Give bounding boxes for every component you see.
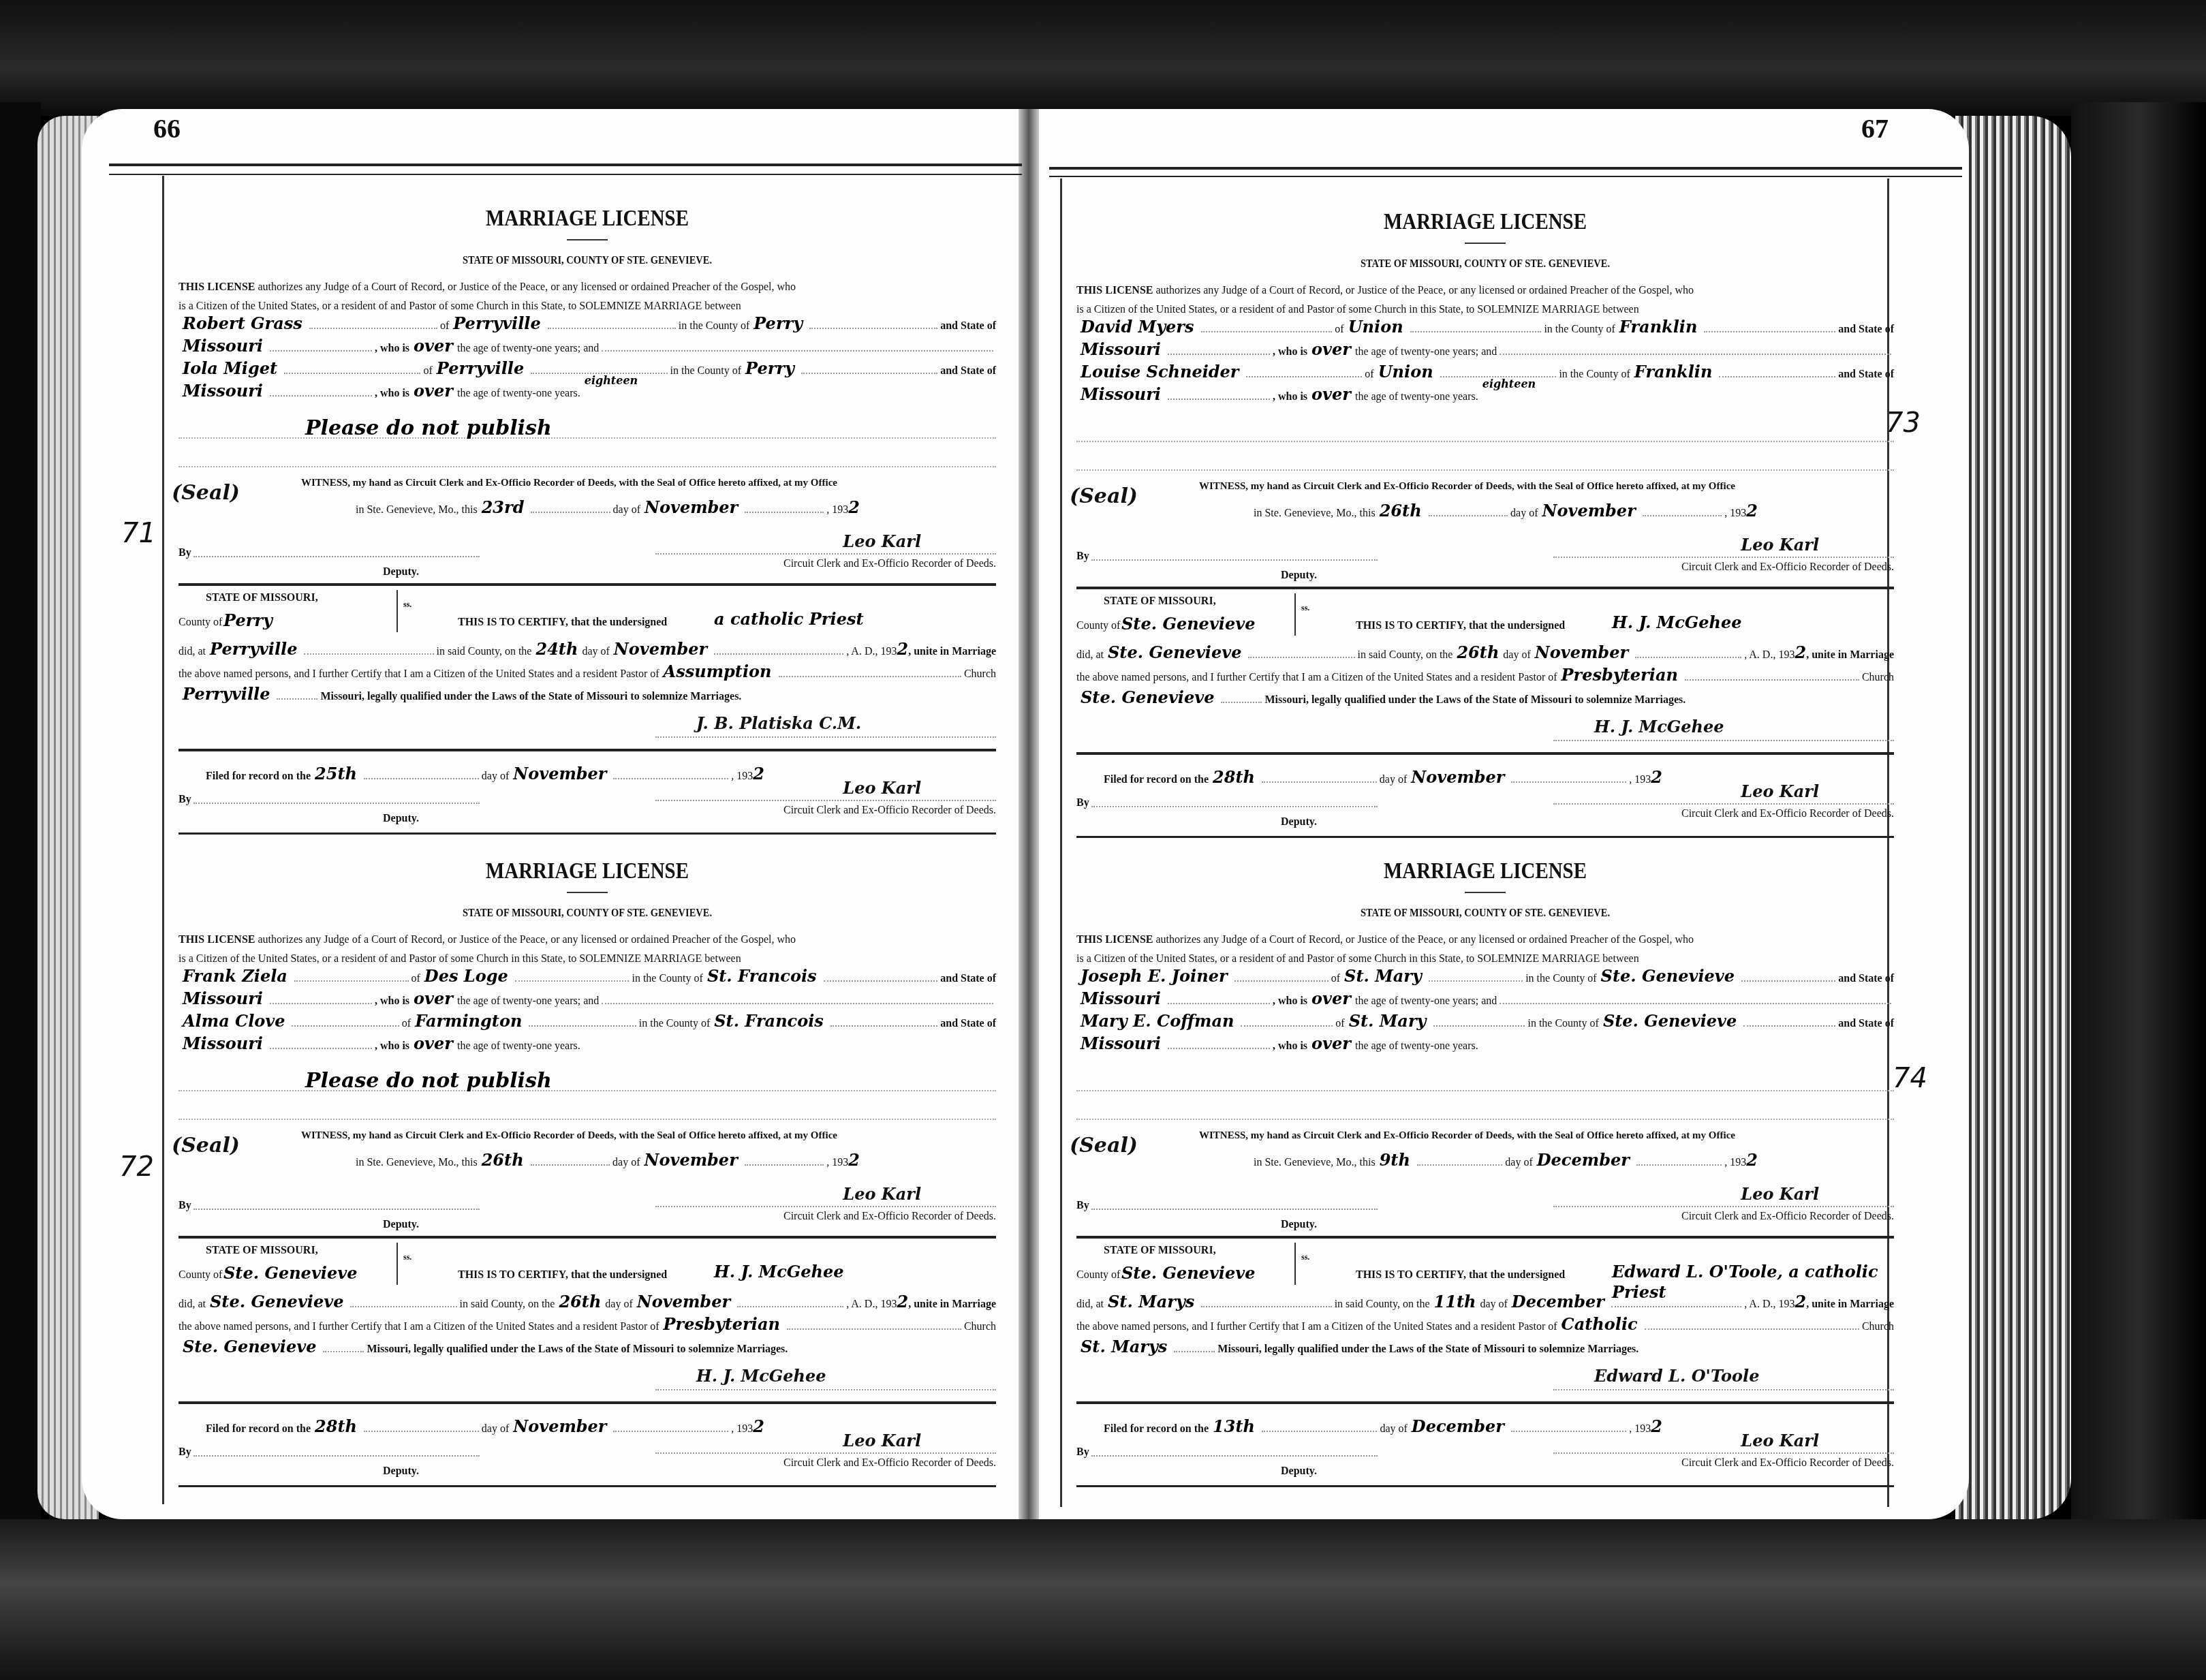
filed-month: November [1407, 767, 1508, 788]
certificate-county: Ste. Genevieve [1117, 614, 1259, 634]
clerk-title: Circuit Clerk and Ex-Officio Recorder of… [783, 557, 996, 571]
bride-state: Missouri [178, 381, 267, 401]
label-ss: ss. [1301, 1252, 1309, 1262]
qualified-text: Missouri, legally qualified under the La… [1264, 694, 1685, 707]
ceremony-place: Ste. Genevieve [1104, 642, 1245, 663]
label-state: and State of [940, 972, 996, 986]
label-who-is: , who is [375, 387, 409, 401]
label-by: By [1076, 550, 1089, 563]
groom-age-status: over [1307, 989, 1355, 1009]
clerk-signature: Leo Karl [1741, 1184, 1819, 1204]
pastor-row: the above named persons, and I further C… [178, 662, 996, 684]
groom-state: Missouri [178, 336, 267, 356]
clerk-title: Circuit Clerk and Ex-Officio Recorder of… [1681, 1210, 1894, 1224]
margin-line-right-inner [1060, 178, 1062, 1507]
label-of: of [1331, 972, 1340, 986]
header-rule-right-2 [1049, 176, 1962, 177]
label-in-ste-gen: in Ste. Genevieve, Mo., this [356, 503, 478, 517]
groom-age-status: over [1307, 339, 1355, 360]
issued-day: 26th [478, 1150, 528, 1170]
filed-year-digit: 2 [1651, 767, 1662, 788]
issued-year-digit: 2 [1746, 1150, 1758, 1170]
seal-mark: (Seal) [172, 480, 240, 506]
label-year: , 193 [731, 1422, 753, 1436]
groom-name: Robert Grass [178, 313, 307, 334]
bride-state-row: Missouri , who is over the age of twenty… [1076, 384, 1894, 407]
ceremony-place: Perryville [206, 639, 301, 659]
filed-sign-block: By Deputy. Leo Karl Circuit Clerk and Ex… [1076, 790, 1894, 830]
filed-clerk-signature: Leo Karl [843, 778, 921, 798]
qualified-row: Ste. Genevieve Missouri, legally qualifi… [1076, 687, 1894, 710]
groom-row: Robert Grass of Perryville in the County… [178, 313, 996, 336]
label-county: in the County of [1525, 972, 1596, 986]
filed-day: 13th [1209, 1416, 1259, 1437]
label-state: and State of [1838, 323, 1894, 337]
officiant: Edward L. O'Toole, a catholic Priest [1608, 1262, 1894, 1303]
header-rule-right [1049, 167, 1962, 170]
label-ad-year: , A. D., 193 [846, 645, 897, 659]
label-by: By [1076, 796, 1089, 810]
clerk-title: Circuit Clerk and Ex-Officio Recorder of… [783, 1210, 996, 1224]
filed-row: Filed for record on the 25th day of Nove… [178, 764, 764, 786]
bride-name: Alma Clove [178, 1011, 289, 1031]
ceremony-year-digit: 2 [897, 1292, 908, 1312]
label-of: of [1365, 368, 1373, 382]
witness-block: (Seal) WITNESS, my hand as Circuit Clerk… [178, 1130, 996, 1192]
ceremony-day: 26th [555, 1292, 605, 1312]
filed-sign-block: By Deputy. Leo Karl Circuit Clerk and Ex… [178, 786, 996, 827]
bride-residence: St. Mary [1345, 1011, 1431, 1031]
note-line: Please do not publish [178, 403, 996, 439]
label-year: , 193 [1629, 1422, 1651, 1436]
witness-date-row: in Ste. Genevieve, Mo., this 23rd day of… [356, 497, 860, 520]
groom-county: Ste. Genevieve [1597, 966, 1739, 986]
church-denomination: Catholic [1557, 1314, 1642, 1335]
label-who-is: , who is [375, 342, 409, 356]
bride-name: Louise Schneider [1076, 362, 1243, 382]
label-of: of [423, 364, 432, 378]
filed-day: 28th [1209, 767, 1259, 788]
bride-residence: Union [1374, 362, 1438, 382]
clerk-title: Circuit Clerk and Ex-Officio Recorder of… [783, 804, 996, 818]
groom-age-status: over [409, 336, 457, 356]
ceremony-month: November [1531, 642, 1632, 663]
state-county-line: STATE OF MISSOURI, COUNTY OF STE. GENEVI… [240, 905, 935, 920]
further-text: the above named persons, and I further C… [178, 1320, 659, 1334]
church-place: Ste. Genevieve [178, 1337, 320, 1357]
license-title: MARRIAGE LICENSE [240, 204, 935, 234]
label-county-of: County of [1076, 619, 1120, 633]
certify-text: THIS IS TO CERTIFY, that the undersigned [458, 1269, 667, 1282]
label-state-of-missouri: STATE OF MISSOURI, [206, 1244, 318, 1258]
seal-mark: (Seal) [1070, 484, 1138, 510]
further-text: the above named persons, and I further C… [1076, 671, 1557, 685]
bride-age-status: over [409, 381, 457, 401]
label-by: By [178, 546, 191, 560]
label-ad-year: , A. D., 193 [846, 1298, 897, 1311]
note-line: Please do not publish [178, 1056, 996, 1091]
ceremony-day: 26th [1452, 642, 1503, 663]
filed-sign-block: By Deputy. Leo Karl Circuit Clerk and Ex… [1076, 1439, 1894, 1480]
license-authorization: THIS LICENSE authorizes any Judge of a C… [178, 281, 996, 294]
age-clause: the age of twenty-one years. [1355, 390, 1478, 404]
age-clause: the age of twenty-one years. [457, 387, 580, 401]
license-text-1: authorizes any Judge of a Court of Recor… [258, 281, 796, 293]
label-year: , 193 [1629, 773, 1651, 787]
label-filed: Filed for record on the [206, 1422, 311, 1436]
license-title: MARRIAGE LICENSE [240, 857, 935, 886]
clerk-sign-block: By Deputy. Leo Karl Circuit Clerk and Ex… [178, 540, 996, 580]
qualified-text: Missouri, legally qualified under the La… [1217, 1343, 1638, 1356]
church-denomination: Presbyterian [1557, 665, 1682, 685]
label-filed: Filed for record on the [206, 770, 311, 783]
license-title: MARRIAGE LICENSE [1138, 857, 1833, 886]
label-county-of: County of [178, 616, 222, 629]
bride-county: Ste. Genevieve [1599, 1011, 1741, 1031]
title-separator [567, 892, 608, 893]
label-church: Church [964, 1320, 996, 1334]
officiant-sign-block: Edward L. O'Toole [1076, 1359, 1894, 1397]
ceremony-year-digit: 2 [1795, 642, 1806, 663]
label-deputy: Deputy. [1281, 1465, 1317, 1478]
license-text-1: authorizes any Judge of a Court of Recor… [258, 934, 796, 946]
page-number-right: 67 [1861, 112, 1889, 144]
label-state: and State of [940, 320, 996, 333]
label-in-said-county: in said County, on the [437, 645, 532, 659]
groom-name: Frank Ziela [178, 966, 292, 986]
label-county: in the County of [632, 972, 702, 986]
issued-year-digit: 2 [848, 497, 860, 518]
license-authorization: THIS LICENSE authorizes any Judge of a C… [1076, 284, 1894, 298]
label-state: and State of [1838, 368, 1894, 382]
bride-age-status: over [1307, 384, 1355, 405]
label-county: in the County of [679, 320, 749, 333]
age-clause: the age of twenty-one years; and [457, 342, 599, 356]
groom-state: Missouri [178, 989, 267, 1009]
license-authorization-2: is a Citizen of the United States, or a … [1076, 952, 1894, 966]
clerk-signature: Leo Karl [843, 1184, 921, 1204]
label-of: of [411, 972, 420, 986]
note-line [1076, 1056, 1894, 1091]
groom-county: St. Francois [703, 966, 821, 986]
label-county: in the County of [1527, 1017, 1598, 1031]
label-year: , 193 [826, 503, 848, 517]
clerk-signature: Leo Karl [1741, 535, 1819, 555]
record-number-71: 71 [121, 518, 156, 549]
qualified-row: St. Marys Missouri, legally qualified un… [1076, 1337, 1894, 1359]
label-state: and State of [940, 364, 996, 378]
record-number-74: 74 [1893, 1063, 1927, 1094]
label-deputy: Deputy. [383, 1218, 419, 1232]
scan-bottom-border [0, 1519, 2206, 1680]
label-deputy: Deputy. [1281, 815, 1317, 829]
certificate-header: STATE OF MISSOURI, ss. County of Perry T… [178, 590, 996, 639]
officiant-signature: H. J. McGehee [1594, 717, 1724, 737]
groom-county: Franklin [1615, 317, 1702, 337]
label-ss: ss. [403, 600, 411, 610]
license-lead: THIS LICENSE [1076, 934, 1153, 946]
license-authorization-2: is a Citizen of the United States, or a … [178, 300, 996, 313]
label-state: and State of [940, 1017, 996, 1031]
filed-year-digit: 2 [753, 1416, 764, 1437]
further-text: the above named persons, and I further C… [178, 668, 659, 681]
filed-row: Filed for record on the 13th day of Dece… [1076, 1416, 1662, 1439]
state-county-line: STATE OF MISSOURI, COUNTY OF STE. GENEVI… [1138, 905, 1833, 920]
label-who-is: , who is [375, 995, 409, 1008]
page-stack-right [1955, 116, 2071, 1519]
pastor-row: the above named persons, and I further C… [178, 1314, 996, 1337]
scan-left-border [0, 102, 41, 1533]
ceremony-row: did, at Ste. Genevieve in said County, o… [1076, 642, 1894, 665]
witness-date-row: in Ste. Genevieve, Mo., this 9th day of … [1254, 1150, 1758, 1172]
label-state-of-missouri: STATE OF MISSOURI, [1104, 595, 1216, 608]
page-number-left: 66 [153, 112, 181, 144]
margin-line-left [162, 176, 164, 1504]
publication-note: Please do not publish [301, 1068, 556, 1094]
record-number-72: 72 [119, 1151, 154, 1183]
clerk-title: Circuit Clerk and Ex-Officio Recorder of… [1681, 561, 1894, 574]
label-by: By [178, 1446, 191, 1459]
officiant: H. J. McGehee [1608, 612, 1746, 633]
label-church: Church [1862, 671, 1894, 685]
filed-row: Filed for record on the 28th day of Nove… [1076, 767, 1662, 790]
bride-state: Missouri [1076, 384, 1165, 405]
officiant: a catholic Priest [710, 609, 868, 629]
filed-clerk-signature: Leo Karl [1741, 781, 1819, 802]
label-church: Church [1862, 1320, 1894, 1334]
certificate-county: Ste. Genevieve [219, 1263, 361, 1284]
label-deputy: Deputy. [1281, 569, 1317, 582]
note-line-2 [178, 1091, 996, 1120]
certificate-county: Ste. Genevieve [1117, 1263, 1259, 1284]
seal-mark: (Seal) [1070, 1133, 1138, 1159]
label-year: , 193 [1724, 507, 1746, 520]
qualified-text: Missouri, legally qualified under the La… [367, 1343, 788, 1356]
groom-row: Joseph E. Joiner of St. Mary in the Coun… [1076, 966, 1894, 989]
groom-state-row: Missouri , who is over the age of twenty… [1076, 989, 1894, 1011]
groom-residence: Des Loge [420, 966, 512, 986]
label-by: By [1076, 1199, 1089, 1213]
issued-day: 23rd [478, 497, 529, 518]
groom-state: Missouri [1076, 989, 1165, 1009]
church-denomination: Presbyterian [659, 1314, 784, 1335]
label-filed: Filed for record on the [1104, 773, 1209, 787]
title-separator [1465, 243, 1506, 244]
church-denomination: Assumption [659, 662, 776, 682]
groom-residence: St. Mary [1340, 966, 1426, 986]
ceremony-year-digit: 2 [897, 639, 908, 659]
issued-month: November [640, 497, 742, 518]
title-separator [1465, 892, 1506, 893]
label-filed: Filed for record on the [1104, 1422, 1209, 1436]
bride-age-status: over [409, 1033, 457, 1054]
label-deputy: Deputy. [1281, 1218, 1317, 1232]
label-year: , 193 [1724, 1156, 1746, 1170]
label-did-at: did, at [178, 1298, 206, 1311]
label-in-ste-gen: in Ste. Genevieve, Mo., this [356, 1156, 478, 1170]
label-did-at: did, at [1076, 649, 1104, 662]
groom-county: Perry [749, 313, 807, 334]
label-by: By [178, 793, 191, 807]
qualified-row: Perryville Missouri, legally qualified u… [178, 684, 996, 706]
label-day-of: day of [482, 1422, 509, 1436]
age-clause: the age of twenty-one years. [457, 1040, 580, 1053]
filed-day: 25th [311, 764, 361, 784]
note-line [1076, 407, 1894, 442]
ceremony-place: St. Marys [1104, 1292, 1198, 1312]
bride-county: St. Francois [710, 1011, 828, 1031]
bride-county: Perry [741, 358, 798, 379]
age-clause: the age of twenty-one years; and [457, 995, 599, 1008]
bride-county: Franklin [1630, 362, 1717, 382]
label-of: of [1335, 323, 1343, 337]
certify-text: THIS IS TO CERTIFY, that the undersigned [458, 616, 667, 629]
label-in-said-county: in said County, on the [1358, 649, 1453, 662]
filed-clerk-signature: Leo Karl [1741, 1431, 1819, 1451]
label-who-is: , who is [1273, 390, 1307, 404]
ceremony-month: December [1508, 1292, 1609, 1312]
officiant: H. J. McGehee [710, 1262, 848, 1282]
label-day-of: day of [1380, 1422, 1407, 1436]
label-day-of: day of [582, 645, 609, 659]
issued-year-digit: 2 [1746, 501, 1758, 521]
bride-name: Mary E. Coffman [1076, 1011, 1238, 1031]
further-text: the above named persons, and I further C… [1076, 1320, 1557, 1334]
label-year: , 193 [826, 1156, 848, 1170]
note-line-2 [1076, 442, 1894, 471]
certificate-header: STATE OF MISSOURI, ss. County of Ste. Ge… [178, 1243, 996, 1292]
label-day-of: day of [1510, 507, 1538, 520]
license-text-1: authorizes any Judge of a Court of Recor… [1156, 934, 1694, 946]
note-line-2 [178, 439, 996, 467]
label-county: in the County of [639, 1017, 710, 1031]
certify-text: THIS IS TO CERTIFY, that the undersigned [1356, 619, 1565, 633]
book-gutter [1019, 109, 1039, 1519]
label-state: and State of [1838, 1017, 1894, 1031]
label-day-of: day of [1380, 773, 1407, 787]
label-deputy: Deputy. [383, 1465, 419, 1478]
witness-date-row: in Ste. Genevieve, Mo., this 26th day of… [356, 1150, 860, 1172]
filed-clerk-signature: Leo Karl [843, 1431, 921, 1451]
label-did-at: did, at [1076, 1298, 1104, 1311]
officiant-sign-block: H. J. McGehee [1076, 710, 1894, 748]
scan-right-border [2071, 102, 2206, 1533]
label-ss: ss. [403, 1252, 411, 1262]
issued-month: November [640, 1150, 742, 1170]
officiant-signature: Edward L. O'Toole [1594, 1366, 1759, 1386]
witness-block: (Seal) WITNESS, my hand as Circuit Clerk… [178, 477, 996, 540]
label-ss: ss. [1301, 603, 1309, 613]
label-county-of: County of [1076, 1269, 1120, 1282]
witness-text: WITNESS, my hand as Circuit Clerk and Ex… [301, 1130, 996, 1142]
license-text-1: authorizes any Judge of a Court of Recor… [1156, 285, 1694, 296]
groom-state-row: Missouri , who is over the age of twenty… [178, 336, 996, 358]
groom-residence: Perryville [449, 313, 544, 334]
marriage-license: MARRIAGE LICENSE STATE OF MISSOURI, COUN… [178, 204, 996, 835]
certificate-header: STATE OF MISSOURI, ss. County of Ste. Ge… [1076, 593, 1894, 642]
label-unite: , unite in Marriage [908, 1298, 996, 1311]
filed-row: Filed for record on the 28th day of Nove… [178, 1416, 764, 1439]
groom-row: David Myers of Union in the County of Fr… [1076, 317, 1894, 339]
ceremony-day: 11th [1429, 1292, 1480, 1312]
seal-mark: (Seal) [172, 1133, 240, 1159]
witness-text: WITNESS, my hand as Circuit Clerk and Ex… [1199, 1130, 1894, 1142]
ceremony-row: did, at Ste. Genevieve in said County, o… [178, 1292, 996, 1314]
label-state: and State of [1838, 972, 1894, 986]
filed-month: November [509, 764, 610, 784]
officiant-signature: J. B. Platiska C.M. [696, 713, 861, 734]
groom-residence: Union [1344, 317, 1408, 337]
bride-state-row: Missouri , who is over the age of twenty… [178, 1033, 996, 1056]
label-of: of [1335, 1017, 1344, 1031]
ceremony-place: Ste. Genevieve [206, 1292, 347, 1312]
pastor-row: the above named persons, and I further C… [1076, 1314, 1894, 1337]
bride-residence: Perryville [433, 358, 528, 379]
label-unite: , unite in Marriage [1806, 649, 1894, 662]
clerk-sign-block: By Deputy. Leo Karl Circuit Clerk and Ex… [1076, 543, 1894, 584]
church-place: St. Marys [1076, 1337, 1171, 1357]
label-state-of-missouri: STATE OF MISSOURI, [206, 591, 318, 605]
age-clause: the age of twenty-one years. [1355, 1040, 1478, 1053]
label-day-of: day of [1503, 649, 1530, 662]
label-day-of: day of [1505, 1156, 1532, 1170]
marriage-license: MARRIAGE LICENSE STATE OF MISSOURI, COUN… [1076, 208, 1894, 838]
license-authorization-2: is a Citizen of the United States, or a … [178, 952, 996, 966]
label-deputy: Deputy. [383, 812, 419, 826]
age-correction: eighteen [1478, 377, 1540, 391]
filed-month: November [509, 1416, 610, 1437]
groom-row: Frank Ziela of Des Loge in the County of… [178, 966, 996, 989]
license-lead: THIS LICENSE [1076, 285, 1153, 296]
header-rule-left [109, 164, 1022, 166]
filed-month: December [1408, 1416, 1508, 1437]
qualified-row: Ste. Genevieve Missouri, legally qualifi… [178, 1337, 996, 1359]
label-day-of: day of [612, 1156, 640, 1170]
ceremony-month: November [633, 1292, 734, 1312]
label-day-of: day of [1480, 1298, 1507, 1311]
label-who-is: , who is [1273, 345, 1307, 359]
bride-name: Iola Miget [178, 358, 281, 379]
witness-text: WITNESS, my hand as Circuit Clerk and Ex… [1199, 480, 1894, 493]
qualified-text: Missouri, legally qualified under the La… [320, 690, 741, 704]
label-ad-year: , A. D., 193 [1744, 649, 1795, 662]
label-who-is: , who is [375, 1040, 409, 1053]
label-of: of [440, 320, 449, 333]
publication-note: Please do not publish [301, 416, 556, 441]
groom-state-row: Missouri , who is over the age of twenty… [178, 989, 996, 1011]
ceremony-row: did, at Perryville in said County, on th… [178, 639, 996, 662]
label-county: in the County of [670, 364, 741, 378]
label-year: , 193 [731, 770, 753, 783]
witness-date-row: in Ste. Genevieve, Mo., this 26th day of… [1254, 501, 1758, 523]
label-who-is: , who is [1273, 1040, 1307, 1053]
license-lead: THIS LICENSE [178, 934, 255, 946]
age-correction: eighteen [580, 374, 642, 388]
officiant-sign-block: H. J. McGehee [178, 1359, 996, 1397]
groom-name: Joseph E. Joiner [1076, 966, 1232, 986]
label-county: in the County of [1544, 323, 1615, 337]
state-county-line: STATE OF MISSOURI, COUNTY OF STE. GENEVI… [1138, 256, 1833, 270]
bride-row: Mary E. Coffman of St. Mary in the Count… [1076, 1011, 1894, 1033]
label-did-at: did, at [178, 645, 206, 659]
note-line-2 [1076, 1091, 1894, 1120]
license-authorization-2: is a Citizen of the United States, or a … [1076, 303, 1894, 317]
clerk-title: Circuit Clerk and Ex-Officio Recorder of… [1681, 807, 1894, 821]
groom-state-row: Missouri , who is over the age of twenty… [1076, 339, 1894, 362]
certificate-header: STATE OF MISSOURI, ss. County of Ste. Ge… [1076, 1243, 1894, 1292]
license-authorization: THIS LICENSE authorizes any Judge of a C… [1076, 933, 1894, 947]
scan-top-border [0, 0, 2206, 116]
